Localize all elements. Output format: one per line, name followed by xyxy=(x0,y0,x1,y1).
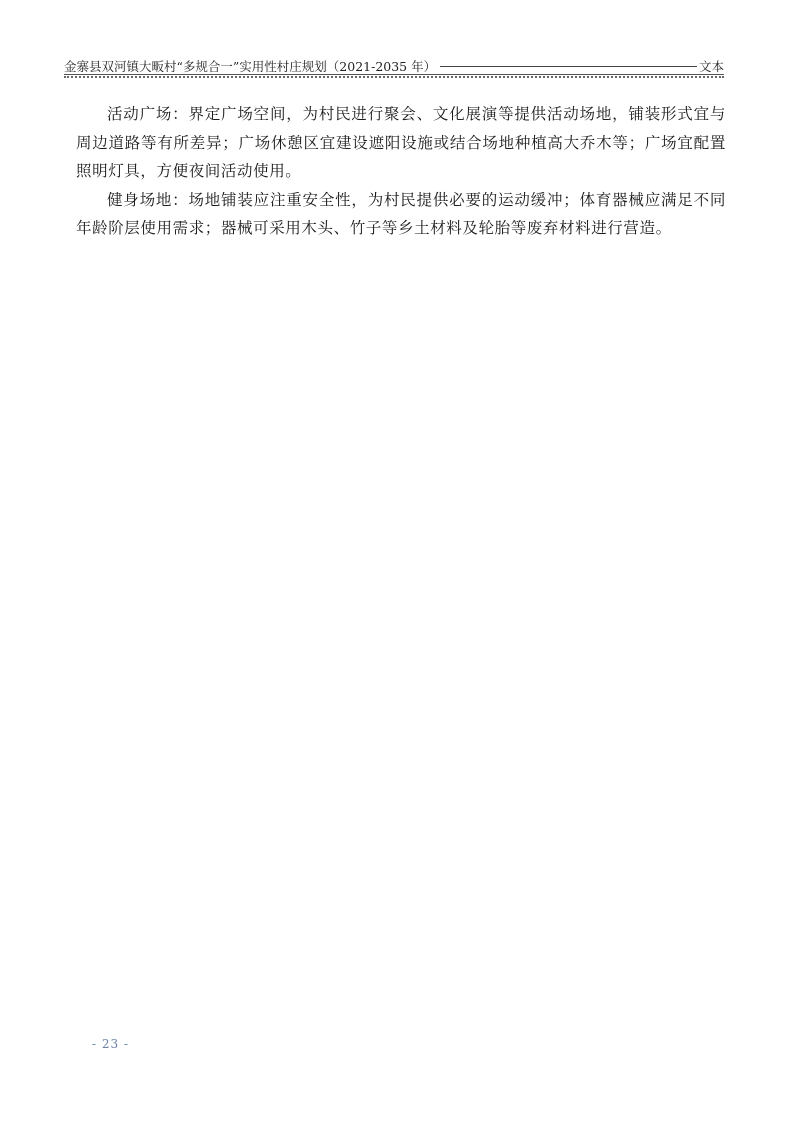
paragraph-fitness-area: 健身场地：场地铺装应注重安全性，为村民提供必要的运动缓冲；体育器械应满足不同年龄… xyxy=(76,186,726,243)
paragraph-activity-plaza: 活动广场：界定广场空间，为村民进行聚会、文化展演等提供活动场地，铺装形式宜与周边… xyxy=(76,100,726,186)
page-body: 活动广场：界定广场空间，为村民进行聚会、文化展演等提供活动场地，铺装形式宜与周边… xyxy=(76,100,726,243)
document-type-label: 文本 xyxy=(699,59,724,74)
header-rule-dotted xyxy=(64,76,724,78)
header-rule xyxy=(64,74,724,75)
page-number: - 23 - xyxy=(92,1037,129,1051)
header-dash-leader xyxy=(440,66,697,67)
document-title: 金寨县双河镇大畈村“多规合一”实用性村庄规划（2021-2035 年） xyxy=(64,59,436,74)
page-header: 金寨县双河镇大畈村“多规合一”实用性村庄规划（2021-2035 年） 文本 xyxy=(64,57,724,74)
